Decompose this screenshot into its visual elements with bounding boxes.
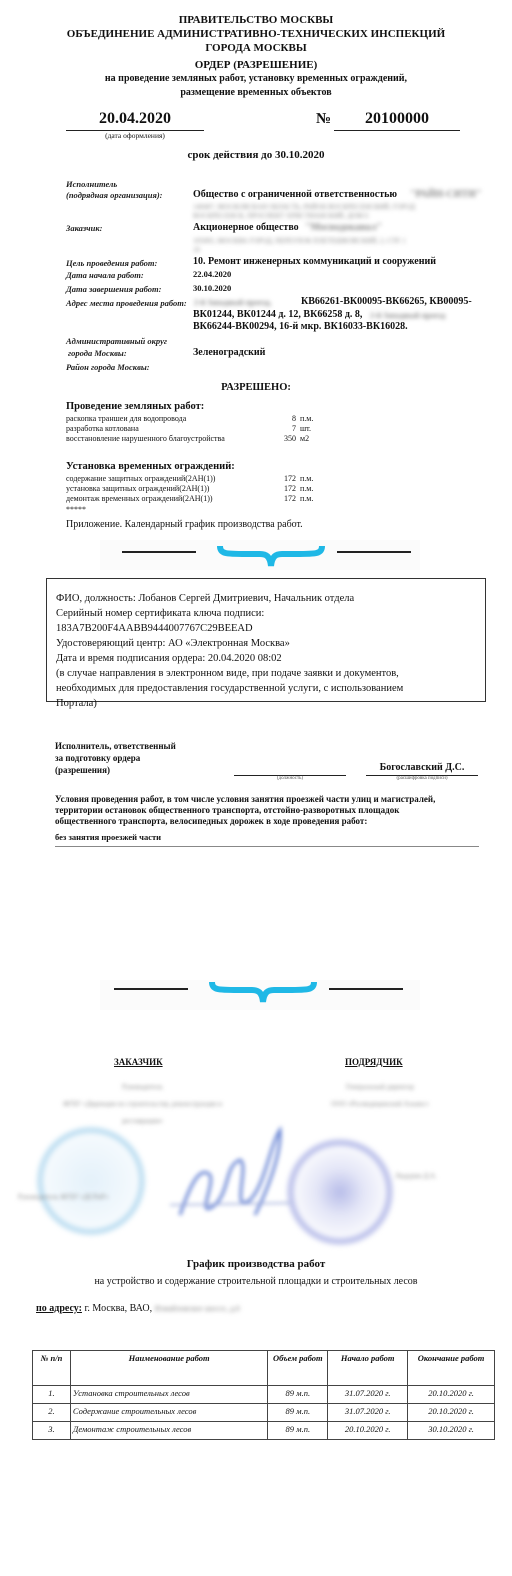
schedule-address: по адресу: г. Москва, ВАО, Измайловское … (36, 1303, 240, 1314)
customer-signature-caption-redacted: Руководитель ФГБУ «ДСРиР» (18, 1193, 109, 1201)
permitted-title: РАЗРЕШЕНО: (0, 382, 512, 393)
header-government: ПРАВИТЕЛЬСТВО МОСКВЫ (0, 13, 512, 27)
address-redacted-1: 2-й Западный проезд, (194, 298, 271, 307)
validity-period: срок действия до 30.10.2020 (0, 149, 512, 161)
earthworks-list: раскопка траншеи для водопровода8п.м.раз… (66, 414, 313, 444)
column-header: Объем работ (268, 1351, 328, 1386)
certificate-serial-label: Серийный номер сертификата ключа подписи… (56, 606, 485, 621)
end-date-value: 30.10.2020 (193, 283, 231, 293)
header-city: ГОРОДА МОСКВЫ (0, 41, 512, 55)
handwritten-signature (170, 1125, 290, 1225)
certification-center: Удостоверяющий центр: АО «Электронная Мо… (56, 636, 485, 651)
contractor-value: Общество с ограниченной ответственностью (193, 189, 397, 200)
responsible-name: Богославский Д.С. (366, 762, 478, 773)
work-volume: 89 м.п. (268, 1404, 328, 1422)
column-header: Окончание работ (408, 1351, 495, 1386)
column-header: Наименование работ (70, 1351, 267, 1386)
work-item: восстановление нарушенного благоустройст… (66, 434, 313, 444)
schedule-address-redacted: Измайловское шоссе, д.6 (155, 1304, 240, 1313)
issue-date: 20.04.2020 (66, 110, 204, 128)
electronic-signature-box: ФИО, должность: Лобанов Сергей Дмитриеви… (46, 578, 486, 702)
address-label: Адрес места проведения работ: (66, 298, 187, 308)
conditions-line-2: территории остановок общественного транс… (55, 805, 480, 816)
work-unit: п.м. (300, 494, 313, 504)
customer-address-redacted-2: 10 (193, 246, 200, 254)
work-qty: 172 (264, 474, 300, 484)
work-volume: 89 м.п. (268, 1386, 328, 1404)
responsible-label-3: (разрешения) (55, 764, 176, 776)
conditions-line-3: общественного транспорта, велосипедных д… (55, 816, 480, 827)
stars-separator: ***** (66, 505, 86, 514)
signer-name-position: ФИО, должность: Лобанов Сергей Дмитриеви… (56, 591, 485, 606)
end-date: 20.10.2020 г. (408, 1386, 495, 1404)
document-subtitle-2: размещение временных объектов (0, 86, 512, 99)
responsible-label-2: за подготовку ордера (55, 752, 176, 764)
contractor-address-redacted-1: 140407, МОСКОВСКАЯ ОБЛАСТЬ, РАЙОН ВОСКРЕ… (193, 203, 415, 211)
end-date: 20.10.2020 г. (408, 1404, 495, 1422)
work-item: раскопка траншеи для водопровода8п.м. (66, 414, 313, 424)
customer-party-details-redacted: Руководитель ФГБУ «Дирекция по строитель… (20, 1079, 265, 1130)
schedule-title: График производства работ (0, 1258, 512, 1270)
conditions-line-1: Условия проведения работ, в том числе ус… (55, 794, 480, 805)
start-date: 31.07.2020 г. (328, 1386, 408, 1404)
work-qty: 172 (264, 494, 300, 504)
work-name: установка защитных ограждений(2АН(1)) (66, 484, 264, 494)
table-row: 3.Демонтаж строительных лесов89 м.п.20.1… (33, 1422, 495, 1440)
divider-1 (100, 540, 420, 570)
appendix-note: Приложение. Календарный график производс… (66, 519, 303, 530)
work-item: установка защитных ограждений(2АН(1))172… (66, 484, 313, 494)
document-subtitle-1: на проведение земляных работ, установку … (0, 72, 512, 85)
work-name: демонтаж временных ограждений(2АН(1)) (66, 494, 264, 504)
divider-line-right (329, 988, 403, 990)
earthworks-title: Проведение земляных работ: (66, 401, 204, 412)
purpose-label: Цель проведения работ: (66, 258, 157, 268)
okrug-label-2: города Москвы: (68, 348, 127, 358)
row-number: 2. (33, 1404, 71, 1422)
contractor-stamp (288, 1140, 392, 1244)
contractor-party-title: ПОДРЯДЧИК (345, 1057, 403, 1067)
purpose-value: 10. Ремонт инженерных коммуникаций и соо… (193, 256, 436, 267)
certificate-serial-number: 183A7B200F4AABB9444007767C29BEEAD (56, 621, 485, 636)
okrug-value: Зеленоградский (193, 347, 265, 358)
schedule-subtitle: на устройство и содержание строительной … (0, 1276, 512, 1287)
responsible-label-1: Исполнитель, ответственный (55, 740, 176, 752)
customer-label: Заказчик: (66, 223, 102, 233)
work-unit: м2 (300, 434, 313, 444)
end-date-label: Дата завершения работ: (66, 284, 161, 294)
contractor-party-details-redacted: Генеральный директор ООО «Росмедицинский… (300, 1079, 460, 1113)
divider-2 (100, 980, 420, 1010)
work-item: демонтаж временных ограждений(2АН(1))172… (66, 494, 313, 504)
work-item: содержание защитных ограждений(2АН(1))17… (66, 474, 313, 484)
start-date: 31.07.2020 г. (328, 1404, 408, 1422)
work-item: разработка котлована7шт. (66, 424, 313, 434)
customer-role-redacted: Руководитель (20, 1079, 265, 1096)
work-name: раскопка траншеи для водопровода (66, 414, 264, 424)
work-unit: п.м. (300, 474, 313, 484)
curly-brace-icon (208, 978, 318, 1006)
order-number: 20100000 (334, 110, 460, 128)
curly-brace-icon (216, 542, 326, 570)
address-line-3: ВК66244-ВК00294, 16-й мкр. ВК16033-ВК160… (193, 321, 408, 332)
schedule-table: № п/пНаименование работОбъем работНачало… (32, 1350, 495, 1440)
conditions-value: без занятия проезжей части (55, 832, 161, 842)
table-row: 1.Установка строительных лесов89 м.п.31.… (33, 1386, 495, 1404)
customer-stamp (38, 1128, 144, 1234)
work-qty: 350 (264, 434, 300, 444)
column-header: № п/п (33, 1351, 71, 1386)
divider-line-left (122, 551, 196, 553)
issue-date-caption: (дата оформления) (66, 131, 204, 140)
conditions-text: Условия проведения работ, в том числе ус… (55, 794, 480, 827)
signature-note-3: Портала) (56, 696, 485, 711)
work-unit: шт. (300, 424, 313, 434)
work-name: восстановление нарушенного благоустройст… (66, 434, 264, 444)
contractor-label-2: (подрядная организация): (66, 190, 163, 200)
fences-list: содержание защитных ограждений(2АН(1))17… (66, 474, 313, 504)
work-qty: 7 (264, 424, 300, 434)
address-line-2: ВК01244, ВК01244 д. 12, ВК66258 д. 8, (193, 309, 362, 320)
divider-line-right (337, 551, 411, 553)
contractor-signature-caption-redacted: Лидурин Д.А. (395, 1172, 437, 1180)
conditions-underline (55, 846, 479, 847)
customer-org-redacted-1: ФГБУ «Дирекция по строительству, реконст… (20, 1096, 265, 1113)
row-number: 3. (33, 1422, 71, 1440)
number-sign: № (316, 111, 331, 128)
work-name: содержание защитных ограждений(2АН(1)) (66, 474, 264, 484)
contractor-address-redacted-2: ВОСКРЕСЕНСК, ПРОСПЕКТ ХРИСТИАНСКИЙ, ДОМ … (193, 212, 368, 220)
work-name: Демонтаж строительных лесов (70, 1422, 267, 1440)
customer-value: Акционерное общество (193, 222, 299, 233)
work-unit: п.м. (300, 414, 313, 424)
contractor-label-1: Исполнитель (66, 179, 117, 189)
schedule-address-value: г. Москва, ВАО, (84, 1303, 152, 1314)
work-name: разработка котлована (66, 424, 264, 434)
okrug-label-1: Административный округ (66, 336, 167, 346)
work-volume: 89 м.п. (268, 1422, 328, 1440)
customer-name-redacted: "Мосводоканал" (305, 222, 382, 233)
name-caption: (расшифровка подписи) (366, 776, 478, 781)
end-date: 30.10.2020 г. (408, 1422, 495, 1440)
start-date-value: 22.04.2020 (193, 269, 231, 279)
district-label: Район города Москвы: (66, 362, 150, 372)
column-header: Начало работ (328, 1351, 408, 1386)
responsible-label: Исполнитель, ответственный за подготовку… (55, 740, 176, 776)
customer-party-title: ЗАКАЗЧИК (114, 1057, 163, 1067)
work-name: Содержание строительных лесов (70, 1404, 267, 1422)
work-qty: 8 (264, 414, 300, 424)
row-number: 1. (33, 1386, 71, 1404)
table-row: 2.Содержание строительных лесов89 м.п.31… (33, 1404, 495, 1422)
divider-line-left (114, 988, 188, 990)
start-date-label: Дата начала работ: (66, 270, 144, 280)
schedule-address-label: по адресу: (36, 1303, 82, 1314)
signing-datetime: Дата и время подписания ордера: 20.04.20… (56, 651, 485, 666)
header-association: ОБЪЕДИНЕНИЕ АДМИНИСТРАТИВНО-ТЕХНИЧЕСКИХ … (0, 27, 512, 41)
work-qty: 172 (264, 484, 300, 494)
address-redacted-2: 2-й Западный проезд (370, 311, 445, 320)
start-date: 20.10.2020 г. (328, 1422, 408, 1440)
signature-note-1: (в случае направления в электронном виде… (56, 666, 485, 681)
signature-note-2: необходимых для предоставления государст… (56, 681, 485, 696)
customer-address-redacted-1: 105005, МОСКВА ГОРОД, ПЕРЕУЛОК ПЛЕТЕШКОВ… (193, 237, 406, 245)
order-number-underline (334, 130, 460, 131)
document-title: ОРДЕР (РАЗРЕШЕНИЕ) (0, 58, 512, 72)
position-caption: (должность) (234, 776, 346, 781)
work-unit: п.м. (300, 484, 313, 494)
address-line-1: КВ66261-ВК00095-ВК66265, КВ00095- (301, 296, 472, 307)
contractor-role-redacted: Генеральный директор (300, 1079, 460, 1096)
contractor-org-redacted: ООО «Росмедицинский Альянс» (300, 1096, 460, 1113)
work-name: Установка строительных лесов (70, 1386, 267, 1404)
contractor-name-redacted: "РАЙН-СИТИ" (410, 189, 482, 200)
fences-title: Установка временных ограждений: (66, 461, 235, 472)
